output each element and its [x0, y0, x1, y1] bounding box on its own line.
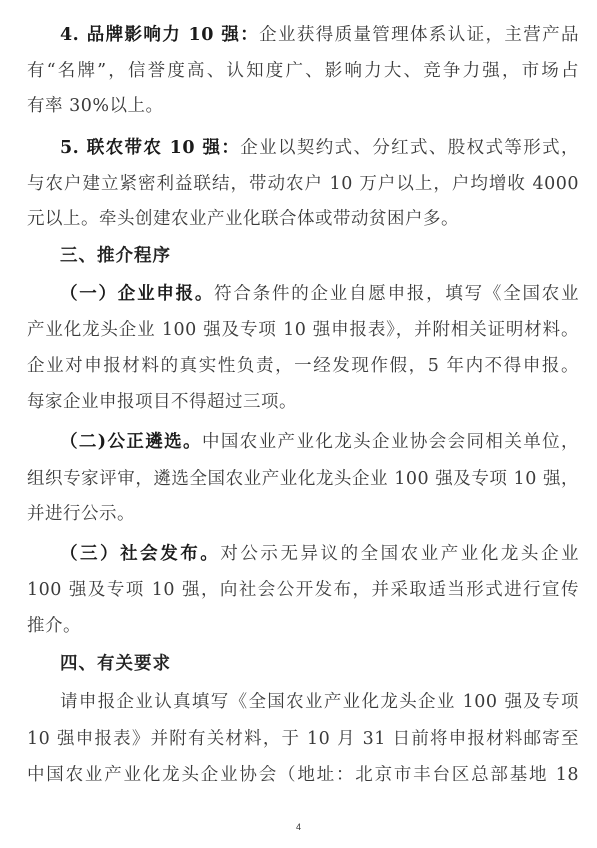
paragraph-farmer-linkage-line-3: 元以上。牵头创建农业产业化联合体或带动贫困户多。	[27, 207, 579, 231]
public-release-heading: （三）社会发布。	[60, 544, 220, 564]
paragraph-fair-selection-line-1: （二)公正遴选。中国农业产业化龙头企业协会会同相关单位，	[60, 430, 579, 454]
paragraph-brand-influence-line-3: 有率 30%以上。	[27, 94, 579, 118]
paragraph-farmer-linkage-line-1: 5. 联农带农 10 强：企业以契约式、分红式、股权式等形式，	[60, 136, 579, 160]
paragraph-enterprise-application-line-3: 企业对申报材料的真实性负责，一经发现作假，5 年内不得申报。	[27, 354, 579, 378]
paragraph-enterprise-application-line-2: 产业化龙头企业 100 强及专项 10 强申报表》，并附相关证明材料。	[27, 318, 579, 342]
paragraph-fair-selection-line-3: 并进行公示。	[27, 502, 579, 526]
paragraph-requirements-line-1: 请申报企业认真填写《全国农业产业化龙头企业 100 强及专项	[60, 690, 579, 714]
paragraph-enterprise-application-line-4: 每家企业申报项目不得超过三项。	[27, 390, 579, 414]
paragraph-public-release-line-2: 100 强及专项 10 强，向社会公开发布，并采取适当形式进行宣传	[27, 578, 579, 602]
paragraph-brand-influence-line-1: 4. 品牌影响力 10 强：企业获得质量管理体系认证，主营产品	[60, 23, 579, 47]
paragraph-brand-influence-line-2: 有“名牌”，信誉度高、认知度广、影响力大、竞争力强，市场占	[27, 59, 579, 83]
paragraph-public-release-line-1: （三）社会发布。对公示无异议的全国农业产业化龙头企业	[60, 542, 579, 566]
fair-selection-heading: （二)公正遴选。	[60, 432, 202, 452]
paragraph-farmer-linkage-line-2: 与农户建立紧密利益联结，带动农户 10 万户以上，户均增收 4000	[27, 172, 579, 196]
farmer-linkage-heading: 5. 联农带农 10 强：	[60, 138, 240, 158]
paragraph-requirements-line-3: 中国农业产业化龙头企业协会（地址：北京市丰台区总部基地 18	[27, 763, 579, 787]
paragraph-requirements-line-2: 10 强申报表》并附有关材料，于 10 月 31 日前将申报材料邮寄至	[27, 727, 579, 751]
page-number: 4	[0, 822, 597, 832]
section-heading-recommendation-procedure: 三、推介程序	[60, 244, 579, 268]
brand-influence-heading: 4. 品牌影响力 10 强：	[60, 25, 259, 45]
document-page: 4. 品牌影响力 10 强：企业获得质量管理体系认证，主营产品 有“名牌”，信誉…	[0, 0, 597, 848]
section-heading-requirements: 四、有关要求	[60, 652, 579, 676]
paragraph-enterprise-application-line-1: （一）企业申报。符合条件的企业自愿申报，填写《全国农业	[60, 282, 579, 306]
paragraph-public-release-line-3: 推介。	[27, 614, 579, 638]
paragraph-fair-selection-line-2: 组织专家评审，遴选全国农业产业化龙头企业 100 强及专项 10 强，	[27, 467, 579, 491]
enterprise-application-heading: （一）企业申报。	[60, 284, 214, 304]
